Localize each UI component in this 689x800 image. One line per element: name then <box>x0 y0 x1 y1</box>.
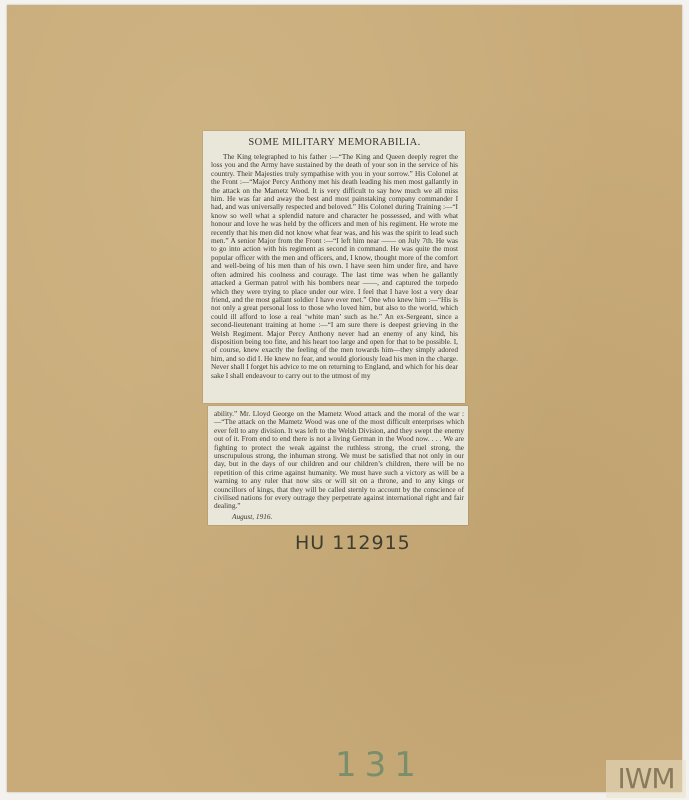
clipping-continuation-text: ability.” Mr. Lloyd George on the Mametz… <box>214 410 464 511</box>
iwm-watermark-logo: IWM <box>606 760 686 798</box>
handwritten-page-number: 131 <box>335 745 424 785</box>
newspaper-clipping-2: ability.” Mr. Lloyd George on the Mametz… <box>208 406 468 525</box>
handwritten-catalog-number: HU 112915 <box>295 532 411 554</box>
newspaper-clipping-1: SOME MILITARY MEMORABILIA. The King tele… <box>203 131 465 403</box>
clipping-body-text: The King telegraphed to his father :—“Th… <box>211 153 458 380</box>
clipping-headline: SOME MILITARY MEMORABILIA. <box>211 137 458 148</box>
clipping-dateline: August, 1916. <box>232 512 464 521</box>
